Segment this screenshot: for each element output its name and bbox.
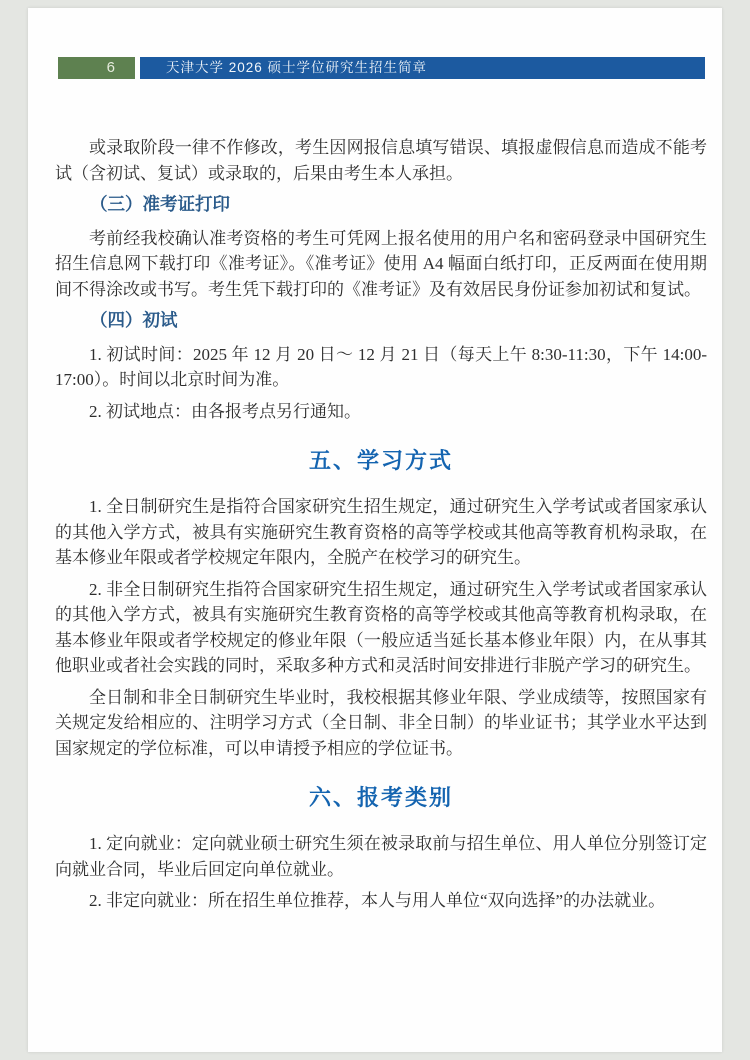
paragraph-exam-time: 1. 初试时间：2025 年 12 月 20 日～ 12 月 21 日（每天上午… — [55, 342, 707, 393]
subheading-initial-exam: （四）初试 — [55, 308, 707, 334]
header-title-bar: 天津大学 2026 硕士学位研究生招生简章 — [140, 57, 705, 79]
paragraph-admission-ticket: 考前经我校确认准考资格的考生可凭网上报名使用的用户名和密码登录中国研究生招生信息… — [55, 226, 707, 303]
section-heading-application-category: 六、报考类别 — [55, 783, 707, 813]
header-title: 天津大学 2026 硕士学位研究生招生简章 — [166, 60, 427, 75]
document-content: 或录取阶段一律不作修改，考生因网报信息填写错误、填报虚假信息而造成不能考试（含初… — [28, 79, 722, 914]
paragraph-exam-location: 2. 初试地点：由各报考点另行通知。 — [55, 399, 707, 425]
paragraph-graduation-certificates: 全日制和非全日制研究生毕业时，我校根据其修业年限、学业成绩等，按照国家有关规定发… — [55, 685, 707, 762]
paragraph-parttime: 2. 非全日制研究生指符合国家研究生招生规定，通过研究生入学考试或者国家承认的其… — [55, 577, 707, 679]
paragraph-fulltime: 1. 全日制研究生是指符合国家研究生招生规定，通过研究生入学考试或者国家承认的其… — [55, 494, 707, 571]
page-number-badge: 6 — [58, 57, 135, 79]
subheading-admission-ticket-print: （三）准考证打印 — [55, 192, 707, 218]
page-number: 6 — [107, 59, 115, 76]
paragraph-nondirected-employment: 2. 非定向就业：所在招生单位推荐，本人与用人单位“双向选择”的办法就业。 — [55, 888, 707, 914]
document-page: 6 天津大学 2026 硕士学位研究生招生简章 或录取阶段一律不作修改，考生因网… — [28, 8, 722, 1052]
paragraph-directed-employment: 1. 定向就业：定向就业硕士研究生须在被录取前与招生单位、用人单位分别签订定向就… — [55, 831, 707, 882]
paragraph-intro-tail: 或录取阶段一律不作修改，考生因网报信息填写错误、填报虚假信息而造成不能考试（含初… — [55, 135, 707, 186]
page-header: 6 天津大学 2026 硕士学位研究生招生简章 — [28, 57, 722, 79]
section-heading-study-mode: 五、学习方式 — [55, 446, 707, 476]
